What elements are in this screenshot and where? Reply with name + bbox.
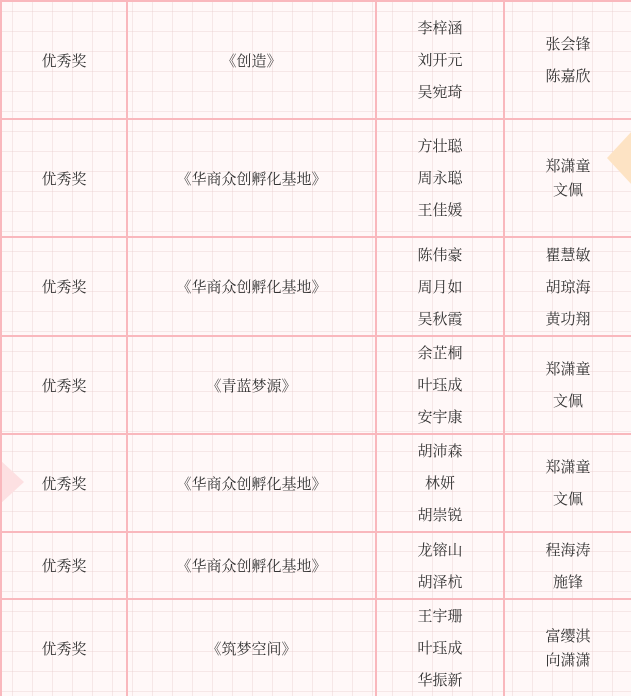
- table-row: 优秀奖 《青蓝梦源》 余芷桐 叶珏成 安宇康 郑潇童 文佩: [1, 336, 631, 434]
- author-name: 周月如: [417, 271, 462, 303]
- table-row: 优秀奖 《创造》 李梓涵 刘开元 吴宛琦 张会锋 陈嘉欣: [1, 1, 631, 119]
- author-name: 叶珏成: [417, 632, 462, 664]
- award-cell: 优秀奖: [1, 336, 127, 434]
- author-name: 安宇康: [417, 401, 462, 433]
- work-title: 《筑梦空间》: [206, 640, 296, 658]
- advisors-cell: 张会锋 陈嘉欣: [504, 1, 631, 119]
- author-list: 王宇珊 叶珏成 华振新: [377, 600, 503, 696]
- award-cell: 优秀奖: [1, 1, 127, 119]
- award-cell: 优秀奖: [1, 599, 127, 696]
- author-name: 叶珏成: [417, 369, 462, 401]
- advisor-name: 程海涛: [545, 534, 590, 566]
- advisors-cell: 郑潇童 文佩: [504, 119, 631, 237]
- work-title: 《华商众创孵化基地》: [176, 278, 326, 296]
- advisor-list: 郑潇童 文佩: [505, 353, 631, 417]
- advisor-name: 向潇潇: [545, 648, 590, 672]
- work-title: 《华商众创孵化基地》: [176, 557, 326, 575]
- advisors-cell: 程海涛 施锋: [504, 532, 631, 599]
- advisor-list: 张会锋 陈嘉欣: [505, 28, 631, 92]
- author-name: 胡泽杭: [417, 566, 462, 598]
- author-name: 刘开元: [417, 44, 462, 76]
- advisors-cell: 郑潇童 文佩: [504, 336, 631, 434]
- author-name: 王佳媛: [417, 194, 462, 226]
- author-list: 陈伟豪 周月如 吴秋霞: [377, 239, 503, 335]
- author-name: 吴秋霞: [417, 303, 462, 335]
- work-title: 《华商众创孵化基地》: [176, 475, 326, 493]
- work-title: 《华商众创孵化基地》: [176, 170, 326, 188]
- advisor-name: 文佩: [553, 385, 583, 417]
- table-row: 优秀奖 《华商众创孵化基地》 龙镕山 胡泽杭 程海涛 施锋: [1, 532, 631, 599]
- awards-table: 优秀奖 《创造》 李梓涵 刘开元 吴宛琦 张会锋 陈嘉欣 优秀奖 《华商众创孵化…: [0, 0, 631, 696]
- author-name: 余芷桐: [417, 337, 462, 369]
- authors-cell: 李梓涵 刘开元 吴宛琦: [376, 1, 504, 119]
- table-row: 优秀奖 《华商众创孵化基地》 胡沛森 林妍 胡崇锐 郑潇童 文佩: [1, 434, 631, 532]
- advisor-list: 富缨淇 向潇潇: [505, 624, 631, 672]
- award-cell: 优秀奖: [1, 532, 127, 599]
- author-name: 吴宛琦: [417, 76, 462, 108]
- author-list: 余芷桐 叶珏成 安宇康: [377, 337, 503, 433]
- advisors-cell: 富缨淇 向潇潇: [504, 599, 631, 696]
- award-level: 优秀奖: [41, 557, 86, 575]
- author-list: 李梓涵 刘开元 吴宛琦: [377, 12, 503, 108]
- author-name: 华振新: [417, 664, 462, 696]
- table-row: 优秀奖 《筑梦空间》 王宇珊 叶珏成 华振新 富缨淇 向潇潇: [1, 599, 631, 696]
- author-name: 周永聪: [417, 162, 462, 194]
- authors-cell: 龙镕山 胡泽杭: [376, 532, 504, 599]
- table-row: 优秀奖 《华商众创孵化基地》 方壮聪 周永聪 王佳媛 郑潇童 文佩: [1, 119, 631, 237]
- title-cell: 《青蓝梦源》: [127, 336, 376, 434]
- authors-cell: 余芷桐 叶珏成 安宇康: [376, 336, 504, 434]
- advisor-name: 张会锋: [545, 28, 590, 60]
- award-level: 优秀奖: [41, 640, 86, 658]
- award-level: 优秀奖: [41, 278, 86, 296]
- advisor-name: 郑潇童: [545, 353, 590, 385]
- advisor-list: 郑潇童 文佩: [505, 451, 631, 515]
- advisor-name: 黄功翔: [545, 303, 590, 335]
- author-name: 胡崇锐: [417, 499, 462, 531]
- advisor-name: 胡琼海: [545, 271, 590, 303]
- award-cell: 优秀奖: [1, 119, 127, 237]
- title-cell: 《筑梦空间》: [127, 599, 376, 696]
- authors-cell: 陈伟豪 周月如 吴秋霞: [376, 237, 504, 336]
- award-level: 优秀奖: [41, 52, 86, 70]
- advisor-list: 程海涛 施锋: [505, 534, 631, 598]
- author-name: 王宇珊: [417, 600, 462, 632]
- author-list: 方壮聪 周永聪 王佳媛: [377, 130, 503, 226]
- advisor-name: 文佩: [553, 178, 583, 202]
- advisor-list: 郑潇童 文佩: [505, 154, 631, 202]
- authors-cell: 胡沛森 林妍 胡崇锐: [376, 434, 504, 532]
- award-level: 优秀奖: [41, 475, 86, 493]
- author-list: 胡沛森 林妍 胡崇锐: [377, 435, 503, 531]
- title-cell: 《华商众创孵化基地》: [127, 237, 376, 336]
- author-name: 龙镕山: [417, 534, 462, 566]
- title-cell: 《华商众创孵化基地》: [127, 434, 376, 532]
- author-name: 林妍: [425, 467, 455, 499]
- title-cell: 《华商众创孵化基地》: [127, 532, 376, 599]
- authors-cell: 方壮聪 周永聪 王佳媛: [376, 119, 504, 237]
- advisor-name: 富缨淇: [545, 624, 590, 648]
- award-level: 优秀奖: [41, 377, 86, 395]
- author-name: 方壮聪: [417, 130, 462, 162]
- award-cell: 优秀奖: [1, 434, 127, 532]
- advisor-name: 陈嘉欣: [545, 60, 590, 92]
- author-name: 陈伟豪: [417, 239, 462, 271]
- advisor-name: 文佩: [553, 483, 583, 515]
- work-title: 《青蓝梦源》: [206, 377, 296, 395]
- advisors-cell: 郑潇童 文佩: [504, 434, 631, 532]
- advisor-name: 施锋: [553, 566, 583, 598]
- title-cell: 《华商众创孵化基地》: [127, 119, 376, 237]
- award-cell: 优秀奖: [1, 237, 127, 336]
- advisor-name: 瞿慧敏: [545, 239, 590, 271]
- table-row: 优秀奖 《华商众创孵化基地》 陈伟豪 周月如 吴秋霞 瞿慧敏 胡琼海 黄功翔: [1, 237, 631, 336]
- advisor-list: 瞿慧敏 胡琼海 黄功翔: [505, 239, 631, 335]
- award-level: 优秀奖: [41, 170, 86, 188]
- advisor-name: 郑潇童: [545, 451, 590, 483]
- work-title: 《创造》: [221, 52, 281, 70]
- author-name: 李梓涵: [417, 12, 462, 44]
- title-cell: 《创造》: [127, 1, 376, 119]
- advisors-cell: 瞿慧敏 胡琼海 黄功翔: [504, 237, 631, 336]
- authors-cell: 王宇珊 叶珏成 华振新: [376, 599, 504, 696]
- author-list: 龙镕山 胡泽杭: [377, 534, 503, 598]
- advisor-name: 郑潇童: [545, 154, 590, 178]
- author-name: 胡沛森: [417, 435, 462, 467]
